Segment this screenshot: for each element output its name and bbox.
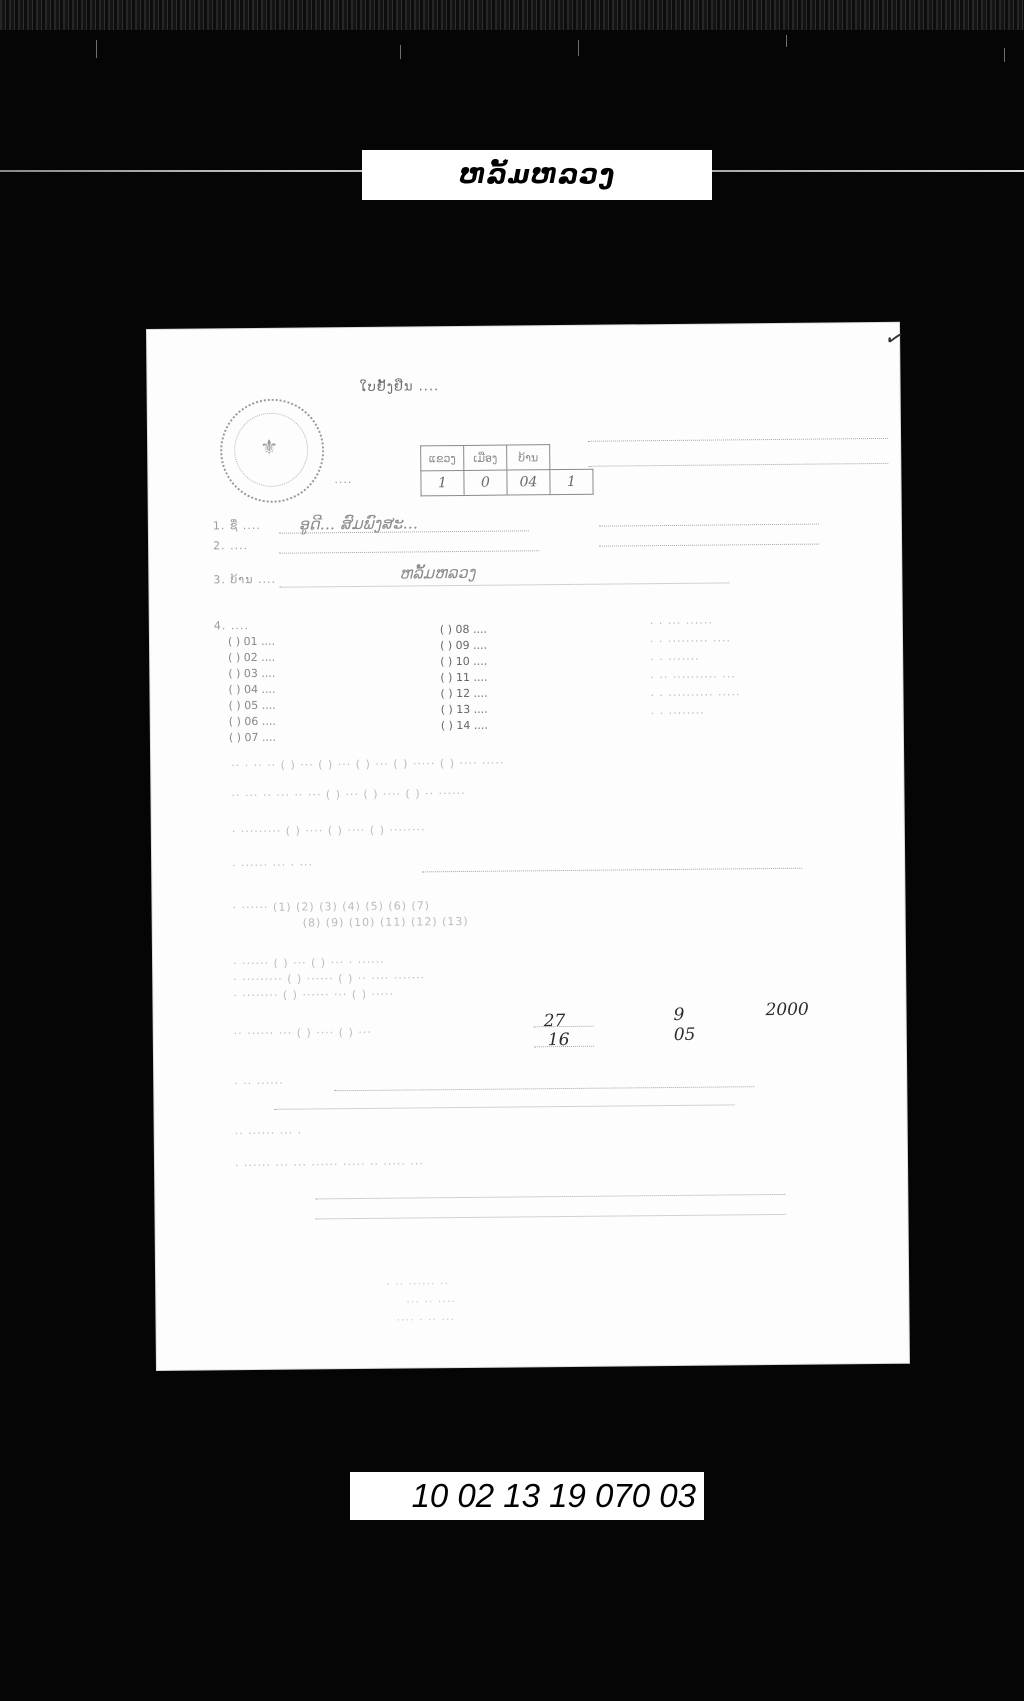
option-item: ( ) 05 .... xyxy=(229,699,276,712)
faint-row: ·· ······ ··· · xyxy=(235,1127,303,1141)
code-value: 0 xyxy=(464,470,507,495)
option-item: ( ) 06 .... xyxy=(229,715,276,728)
option-item: ( ) 11 .... xyxy=(440,671,487,684)
dotted-line xyxy=(599,524,819,527)
faint-footer: · ·· ······ ·· xyxy=(386,1277,449,1291)
film-scratch xyxy=(400,45,401,59)
option-item: ( ) 10 .... xyxy=(440,655,487,668)
dotted-line xyxy=(334,1086,754,1091)
faint-row: ·· · ·· ·· ( ) ··· ( ) ··· ( ) ··· ( ) ·… xyxy=(231,757,504,773)
dotted-line xyxy=(422,868,802,873)
option-item: ( ) 13 .... xyxy=(441,703,488,716)
code-header: ແຂວງ xyxy=(421,445,464,470)
faint-row: · ········· ( ) ······ ( ) ·· ···· ·····… xyxy=(233,971,425,986)
dotted-line xyxy=(588,463,888,467)
handwritten-day: 27 xyxy=(544,1011,566,1031)
handwritten-year: 2000 xyxy=(765,1000,808,1020)
check-mark-icon: ✓ xyxy=(881,324,907,354)
option-item: ( ) 08 .... xyxy=(440,623,487,636)
option-item: ( ) 04 .... xyxy=(228,683,275,696)
film-scratch xyxy=(1004,48,1005,62)
option-item: ( ) 14 .... xyxy=(441,719,488,732)
code-table: ແຂວງ ເມືອງ ບ້ານ 1 0 04 1 xyxy=(420,444,593,497)
dotted-line xyxy=(274,1104,734,1109)
code-header: ບ້ານ xyxy=(507,445,550,470)
dotted-line xyxy=(279,550,539,553)
faint-column: · ·· ·········· ··· xyxy=(650,670,736,684)
field-label: 1. ຊື່ .... xyxy=(213,519,261,532)
faint-footer: ··· ·· ···· xyxy=(406,1295,456,1308)
faint-row: · ········· ( ) ···· ( ) ···· ( ) ······… xyxy=(232,823,426,838)
scanned-form-page: ✓ ⚜ ໃບຢັ້ງຢືນ .... ···· ແຂວງ ເມືອງ ບ້ານ … xyxy=(147,323,909,1370)
field-label: 3. ບ້ານ .... xyxy=(213,573,276,587)
dotted-line xyxy=(316,1214,786,1220)
code-header xyxy=(550,444,593,469)
dotted-line xyxy=(315,1194,785,1200)
dotted-line xyxy=(279,582,729,587)
option-item: ( ) 12 .... xyxy=(440,687,487,700)
film-scratch xyxy=(578,40,579,56)
option-item: ( ) 09 .... xyxy=(440,639,487,652)
film-noise-band xyxy=(0,0,1024,30)
form-title: ໃບຢັ້ງຢືນ .... xyxy=(359,379,439,395)
option-item: ( ) 07 .... xyxy=(229,731,276,744)
dotted-line xyxy=(599,544,819,547)
field-value-village: ຫລັ້ມຫລວງ xyxy=(399,563,475,583)
faint-column: · · ········ xyxy=(651,707,705,721)
faint-row: · ······ ··· ··· ······ ····· ·· ····· ·… xyxy=(235,1157,424,1172)
code-label: ···· xyxy=(334,476,352,489)
faint-row: · ······ ··· · ··· xyxy=(232,858,313,872)
faint-column: · · ········· ···· xyxy=(650,634,731,648)
faint-row: · ········ ( ) ······ ··· ( ) ····· xyxy=(233,988,394,1003)
section-label: 4. .... xyxy=(214,619,249,632)
faint-row: ·· ······ ··· ( ) ···· ( ) ··· xyxy=(234,1026,372,1040)
film-scratch xyxy=(96,40,97,58)
code-value: 1 xyxy=(550,469,593,494)
option-item: ( ) 03 .... xyxy=(228,667,275,680)
faint-footer: ···· · ·· ··· xyxy=(396,1313,455,1327)
film-header-label: ຫລັ້ມຫລວງ xyxy=(362,150,712,200)
film-frame-code: 10 02 13 19 070 03 xyxy=(350,1472,704,1520)
film-scratch xyxy=(786,35,787,47)
faint-row: ·· ··· ·· ··· ·· ··· ( ) ··· ( ) ···· ( … xyxy=(231,787,465,802)
code-header: ເມືອງ xyxy=(464,445,507,470)
faint-row: · ·· ······ xyxy=(234,1077,284,1090)
code-value: 04 xyxy=(507,470,550,495)
official-seal: ⚜ xyxy=(220,398,325,503)
faint-column: · · ··· ······ xyxy=(650,617,713,631)
option-item: ( ) 01 .... xyxy=(228,635,275,648)
faint-row: · ······ (1) (2) (3) (4) (5) (6) (7) xyxy=(232,899,430,914)
code-value: 1 xyxy=(421,470,464,495)
faint-row: (8) (9) (10) (11) (12) (13) xyxy=(303,915,469,930)
faint-column: · · ·········· ····· xyxy=(650,688,740,702)
handwritten-month: 9 xyxy=(674,1005,685,1025)
field-value-name: ອູດີ... ສົມພົງສະ... xyxy=(299,513,418,533)
handwritten-month-2: 05 xyxy=(674,1025,696,1045)
dotted-line xyxy=(588,438,888,442)
option-item: ( ) 02 .... xyxy=(228,651,275,664)
faint-column: · · ······· xyxy=(650,653,700,666)
field-label: 2. .... xyxy=(213,539,248,552)
faint-row: · ······ ( ) ··· ( ) ··· · ······ xyxy=(233,956,385,970)
